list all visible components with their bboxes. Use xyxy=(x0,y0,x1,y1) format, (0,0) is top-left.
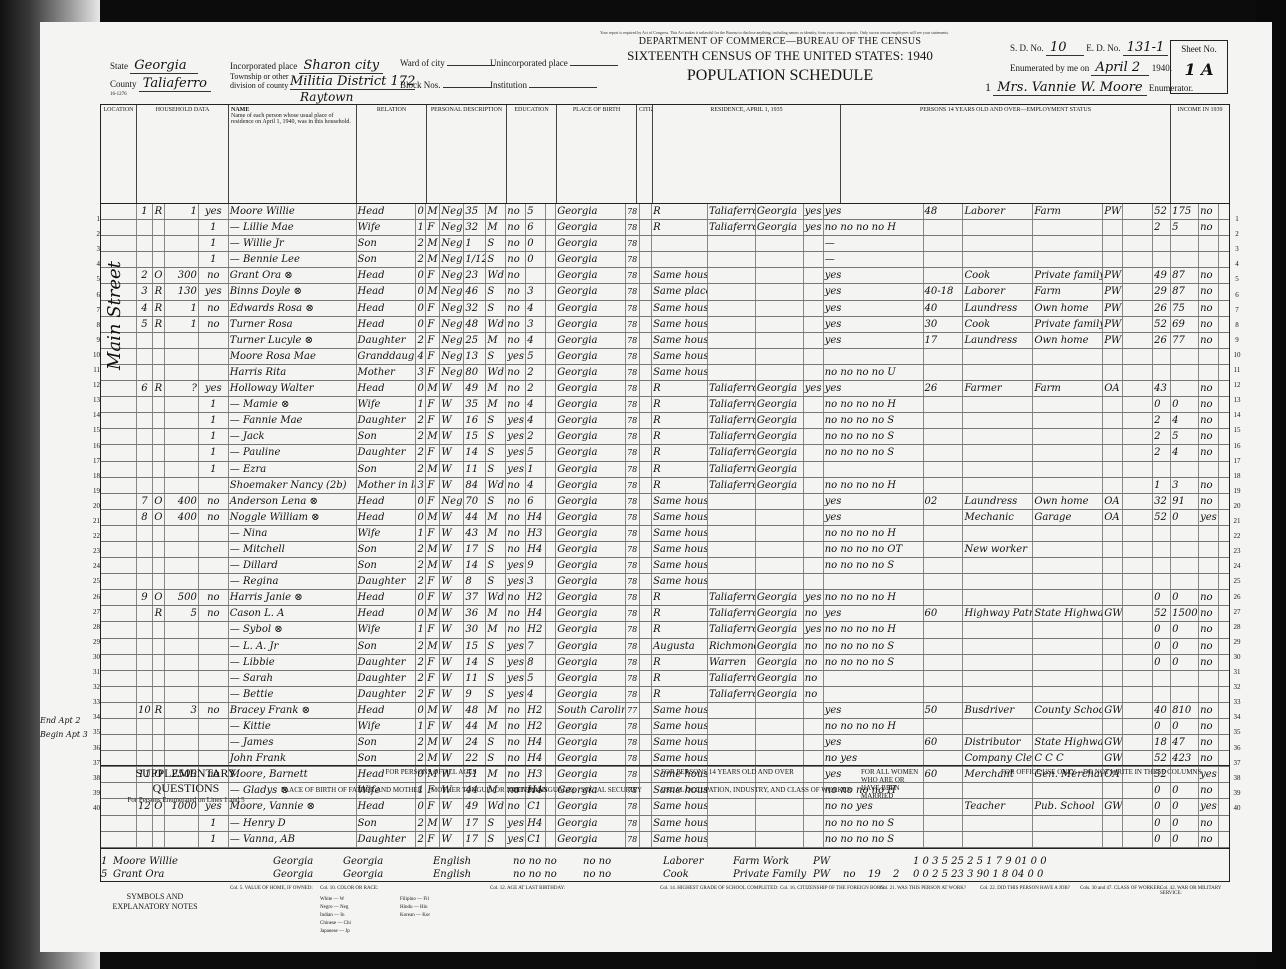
cell-farm-schedule xyxy=(1219,735,1229,750)
cell-b xyxy=(546,429,556,444)
cell-race: Neg xyxy=(440,494,464,509)
cell-employment: yes xyxy=(824,494,924,509)
cell-other-income: no xyxy=(1199,719,1219,734)
cell-value: 1 xyxy=(165,204,199,219)
cell-name: — James xyxy=(229,735,357,750)
cell-farm xyxy=(199,671,229,686)
cell-school: yes xyxy=(506,429,526,444)
cell-grade: 2 xyxy=(526,365,546,380)
cell-other-income: no xyxy=(1199,397,1219,412)
cell-citizenship xyxy=(640,317,652,332)
cell-b xyxy=(546,349,556,364)
cell-other-income: no xyxy=(1199,284,1219,299)
cell-birth-code: 78 xyxy=(626,622,640,637)
line-number: 16 xyxy=(88,442,100,450)
cell-name: — Bennie Lee xyxy=(229,252,357,267)
cell-weeks xyxy=(1153,252,1171,267)
line-number: 5 xyxy=(88,275,100,283)
cell-sex: M xyxy=(426,236,440,251)
cell-farm-schedule xyxy=(1219,381,1229,396)
cell-age: 15 xyxy=(464,639,486,654)
cell-farm-schedule xyxy=(1219,703,1229,718)
cell-name: — Mitchell xyxy=(229,542,357,557)
persons14-heading: FOR PERSONS 14 YEARS OLD AND OVER xyxy=(661,768,794,776)
cell-name: Moore Rosa Mae xyxy=(229,349,357,364)
cell-race: Neg xyxy=(440,220,464,235)
cell-hours xyxy=(924,558,964,573)
title-block: DEPARTMENT OF COMMERCE—BUREAU OF THE CEN… xyxy=(600,36,960,85)
cell-race: Neg xyxy=(440,301,464,316)
cell-owned: R xyxy=(153,381,165,396)
cell-birthplace: Georgia xyxy=(556,236,626,251)
cell-res-city: Same place xyxy=(652,284,708,299)
cell-res-farm xyxy=(804,333,824,348)
cell-marital: Wd xyxy=(486,365,506,380)
cell-res-state: Georgia xyxy=(756,590,804,605)
cell-industry xyxy=(1033,445,1103,460)
table-row: 1 — Pauline Daughter 2 F W 14 S yes 5 Ge… xyxy=(101,445,1229,461)
cell-owned xyxy=(153,365,165,380)
cell-citizenship xyxy=(640,333,652,348)
line-number-right: 3 xyxy=(1230,245,1244,253)
cell-class: GW xyxy=(1103,606,1123,621)
cell-owned: R xyxy=(153,284,165,299)
supp-line: 1 xyxy=(101,856,113,868)
confidentiality-notice: Your report is required by Act of Congre… xyxy=(600,30,1160,35)
cell-birthplace: Georgia xyxy=(556,333,626,348)
cell-marital: S xyxy=(486,542,506,557)
cell-value xyxy=(165,349,199,364)
cell-farm xyxy=(199,365,229,380)
line-number: 38 xyxy=(88,774,100,782)
cell-owned: O xyxy=(153,268,165,283)
cell-hours xyxy=(924,397,964,412)
cell-birth-code: 77 xyxy=(626,703,640,718)
cell-farm: yes xyxy=(199,204,229,219)
cell-industry xyxy=(1033,252,1103,267)
cell-marital: S xyxy=(486,445,506,460)
cell-rel-code: 3 xyxy=(416,478,426,493)
cell-employment: — xyxy=(824,236,924,251)
sheet-number-box: Sheet No. 1 A xyxy=(1170,40,1228,94)
cell-class xyxy=(1103,462,1123,477)
cell-other-income xyxy=(1199,687,1219,702)
margin-note-begin: Begin Apt 3 xyxy=(40,730,88,739)
cell-birth-code: 78 xyxy=(626,284,640,299)
cell-school: yes xyxy=(506,445,526,460)
cell-res-farm xyxy=(804,284,824,299)
cell-res-farm xyxy=(804,735,824,750)
cell-weeks xyxy=(1153,236,1171,251)
table-row: 1 — Lillie Mae Wife 1 F Neg 32 M no 6 Ge… xyxy=(101,220,1229,236)
table-row: Harris Rita Mother 3 F Neg 80 Wd no 2 Ge… xyxy=(101,365,1229,381)
cell-res-city: R xyxy=(652,606,708,621)
header-employment-status: PERSONS 14 YEARS OLD AND OVER—EMPLOYMENT… xyxy=(841,105,1171,203)
cell-race: W xyxy=(440,671,464,686)
cell-wages: 4 xyxy=(1171,413,1199,428)
line-number-right: 5 xyxy=(1230,275,1244,283)
cell-sex: M xyxy=(426,639,440,654)
cell-hours xyxy=(924,526,964,541)
cell-name: — Willie Jr xyxy=(229,236,357,251)
cell-sex: F xyxy=(426,365,440,380)
cell-employment: yes xyxy=(824,317,924,332)
cell-res-state: Georgia xyxy=(756,639,804,654)
table-row: Moore Rosa Mae Granddaughter 4 F Neg 13 … xyxy=(101,349,1229,365)
cell-school: no xyxy=(506,397,526,412)
cell-birthplace: Georgia xyxy=(556,478,626,493)
cell-age: 9 xyxy=(464,687,486,702)
cell-hours xyxy=(924,719,964,734)
cell-race: W xyxy=(440,526,464,541)
cell-farm: 1 xyxy=(199,429,229,444)
cell-age: 24 xyxy=(464,735,486,750)
cell-owned xyxy=(153,671,165,686)
cell-class: PW xyxy=(1103,333,1123,348)
cell-relation: Son xyxy=(357,639,417,654)
cell-farm: 1 xyxy=(199,236,229,251)
cell-hours xyxy=(924,445,964,460)
cell-name: — Bettie xyxy=(229,687,357,702)
cell-dwelling xyxy=(137,413,153,428)
cell-res-city: Same house xyxy=(652,558,708,573)
cell-location xyxy=(101,574,137,589)
cell-hours xyxy=(924,655,964,670)
cell-grade: 5 xyxy=(526,204,546,219)
line-number-right: 34 xyxy=(1230,713,1244,721)
cell-sex: M xyxy=(426,558,440,573)
line-number-right: 7 xyxy=(1230,306,1244,314)
cell-marital: S xyxy=(486,558,506,573)
cell-age: 44 xyxy=(464,510,486,525)
line-number: 8 xyxy=(88,321,100,329)
table-row: 10 R 3 no Bracey Frank ⊗ Head 0 M W 48 M… xyxy=(101,703,1229,719)
cell-school: no xyxy=(506,268,526,283)
cell-marital: Wd xyxy=(486,478,506,493)
cell-age: 84 xyxy=(464,478,486,493)
cell-owned: R xyxy=(153,606,165,621)
cell-res-city: R xyxy=(652,590,708,605)
cell-occupation xyxy=(963,236,1033,251)
cell-res-farm: no xyxy=(804,655,824,670)
cell-farm xyxy=(199,558,229,573)
cell-hours: 40-18 xyxy=(924,284,964,299)
cell-rel-code: 0 xyxy=(416,494,426,509)
cell-class xyxy=(1103,671,1123,686)
cell-school: no xyxy=(506,494,526,509)
cell-owned xyxy=(153,252,165,267)
cell-sex: F xyxy=(426,478,440,493)
cell-citizenship xyxy=(640,301,652,316)
cell-other-income: no xyxy=(1199,622,1219,637)
cell-hours xyxy=(924,413,964,428)
line-number-right: 14 xyxy=(1230,411,1244,419)
cell-school: no xyxy=(506,301,526,316)
cell-value xyxy=(165,671,199,686)
cell-birthplace: Georgia xyxy=(556,510,626,525)
cell-grade: H4 xyxy=(526,542,546,557)
cell-farm xyxy=(199,639,229,654)
cell-race: W xyxy=(440,478,464,493)
cell-weeks xyxy=(1153,687,1171,702)
cell-relation: Son xyxy=(357,252,417,267)
cell-hours xyxy=(924,590,964,605)
sheet-label: Sheet No. xyxy=(1171,44,1227,54)
line-number-right: 28 xyxy=(1230,623,1244,631)
cell-relation: Daughter xyxy=(357,671,417,686)
line-number: 20 xyxy=(88,502,100,510)
cell-race: Neg xyxy=(440,252,464,267)
cell-employment: yes xyxy=(824,284,924,299)
table-row: 1 — Fannie Mae Daughter 2 F W 16 S yes 4… xyxy=(101,413,1229,429)
cell-res-city: Same house xyxy=(652,349,708,364)
cell-rel-code: 2 xyxy=(416,574,426,589)
cell-birthplace: Georgia xyxy=(556,622,626,637)
cell-age: 32 xyxy=(464,301,486,316)
cell-occupation: Cook xyxy=(963,317,1033,332)
cell-code-f xyxy=(1123,478,1153,493)
cell-wages: 3 xyxy=(1171,478,1199,493)
supp-line: 5 xyxy=(101,869,113,881)
cell-industry xyxy=(1033,413,1103,428)
explanatory-notes: SYMBOLS AND EXPLANATORY NOTES Col. 5. VA… xyxy=(100,882,1228,942)
table-row: 1 — Jack Son 2 M W 15 S yes 2 Georgia 78… xyxy=(101,429,1229,445)
cell-value: ? xyxy=(165,381,199,396)
cell-birth-code: 78 xyxy=(626,526,640,541)
cell-industry xyxy=(1033,687,1103,702)
cell-rel-code: 0 xyxy=(416,381,426,396)
cell-res-farm xyxy=(804,558,824,573)
table-row: 1 R 1 yes Moore Willie Head 0 M Neg 35 M… xyxy=(101,204,1229,220)
cell-sex: F xyxy=(426,671,440,686)
cell-employment: yes xyxy=(824,333,924,348)
cell-age: 1 xyxy=(464,236,486,251)
cell-school: no xyxy=(506,236,526,251)
cell-res-farm: yes xyxy=(804,220,824,235)
cell-location xyxy=(101,494,137,509)
cell-code-f xyxy=(1123,542,1153,557)
cell-occupation xyxy=(963,478,1033,493)
cell-citizenship xyxy=(640,445,652,460)
cell-location xyxy=(101,236,137,251)
cell-relation: Granddaughter xyxy=(357,349,417,364)
cell-wages: 87 xyxy=(1171,284,1199,299)
census-title: SIXTEENTH CENSUS OF THE UNITED STATES: 1… xyxy=(600,48,960,64)
cell-res-county xyxy=(708,735,756,750)
cell-value: 1 xyxy=(165,317,199,332)
cell-citizenship xyxy=(640,671,652,686)
cell-employment: yes xyxy=(824,606,924,621)
cell-birthplace: Georgia xyxy=(556,719,626,734)
cell-sex: F xyxy=(426,655,440,670)
supp-social-security: no no xyxy=(583,856,663,868)
cell-location xyxy=(101,622,137,637)
cell-occupation xyxy=(963,365,1033,380)
header-residence-1935: RESIDENCE, APRIL 1, 1935 xyxy=(653,105,841,203)
cell-code-f xyxy=(1123,413,1153,428)
cell-value xyxy=(165,639,199,654)
cell-b xyxy=(546,606,556,621)
county-value: Taliaferro xyxy=(139,76,211,92)
cell-sex: F xyxy=(426,590,440,605)
cell-birth-code: 78 xyxy=(626,558,640,573)
cell-relation: Head xyxy=(357,590,417,605)
cell-occupation xyxy=(963,671,1033,686)
cell-rel-code: 2 xyxy=(416,558,426,573)
cell-other-income: no xyxy=(1199,413,1219,428)
township-value: Militia District 172 xyxy=(290,74,415,90)
cell-birth-code: 78 xyxy=(626,381,640,396)
table-body: 1 R 1 yes Moore Willie Head 0 M Neg 35 M… xyxy=(101,204,1229,848)
cell-class xyxy=(1103,478,1123,493)
cell-b xyxy=(546,510,556,525)
cell-res-city: R xyxy=(652,429,708,444)
cell-relation: Daughter xyxy=(357,574,417,589)
cell-res-county: Taliaferro xyxy=(708,606,756,621)
cell-hours xyxy=(924,349,964,364)
cell-farm: 1 xyxy=(199,220,229,235)
cell-employment: no no no no S xyxy=(824,655,924,670)
cell-owned: O xyxy=(153,590,165,605)
cell-birth-code: 78 xyxy=(626,606,640,621)
cell-wages xyxy=(1171,687,1199,702)
cell-owned xyxy=(153,236,165,251)
cell-location xyxy=(101,671,137,686)
cell-marital: M xyxy=(486,220,506,235)
cell-res-county: Taliaferro xyxy=(708,204,756,219)
cell-school: no xyxy=(506,381,526,396)
cell-res-state xyxy=(756,574,804,589)
cell-location xyxy=(101,687,137,702)
cell-location xyxy=(101,542,137,557)
cell-birthplace: Georgia xyxy=(556,462,626,477)
cell-other-income xyxy=(1199,365,1219,380)
cell-value xyxy=(165,622,199,637)
cell-grade: 3 xyxy=(526,284,546,299)
supplementary-section: SUPPLEMENTARY QUESTIONS For Persons Enum… xyxy=(100,765,1230,882)
cell-grade: 4 xyxy=(526,301,546,316)
cell-class xyxy=(1103,413,1123,428)
line-number: 23 xyxy=(88,547,100,555)
cell-other-income: no xyxy=(1199,381,1219,396)
cell-industry xyxy=(1033,220,1103,235)
cell-school: yes xyxy=(506,574,526,589)
cell-farm-schedule xyxy=(1219,606,1229,621)
cell-industry xyxy=(1033,397,1103,412)
cell-res-state: Georgia xyxy=(756,397,804,412)
cell-age: 14 xyxy=(464,655,486,670)
supp-women xyxy=(843,856,913,868)
cell-grade: 2 xyxy=(526,429,546,444)
cell-employment: no no no no H xyxy=(824,590,924,605)
cell-birthplace: Georgia xyxy=(556,606,626,621)
supp-office: 0 0 2 5 23 3 90 1 8 04 0 0 xyxy=(913,869,1213,881)
cell-farm: no xyxy=(199,301,229,316)
cell-citizenship xyxy=(640,429,652,444)
cell-wages xyxy=(1171,671,1199,686)
cell-farm: 1 xyxy=(199,445,229,460)
cell-owned xyxy=(153,639,165,654)
cell-employment: no no no no H xyxy=(824,397,924,412)
cell-dwelling xyxy=(137,622,153,637)
cell-b xyxy=(546,365,556,380)
supp-occupation: Laborer xyxy=(663,856,733,868)
cell-birth-code: 78 xyxy=(626,639,640,654)
cell-farm-schedule xyxy=(1219,413,1229,428)
cell-name: Holloway Walter xyxy=(229,381,357,396)
cell-birth-code: 78 xyxy=(626,510,640,525)
cell-weeks: 0 xyxy=(1153,719,1171,734)
state-value: Georgia xyxy=(130,58,198,74)
supp-class: PW xyxy=(813,856,843,868)
cell-wages xyxy=(1171,558,1199,573)
cell-owned xyxy=(153,349,165,364)
cell-weeks: 0 xyxy=(1153,590,1171,605)
cell-citizenship xyxy=(640,204,652,219)
cell-industry xyxy=(1033,349,1103,364)
cell-name: — Mamie ⊗ xyxy=(229,397,357,412)
note-col5: Col. 5. VALUE OF HOME, IF OWNED: xyxy=(230,886,313,891)
cell-birth-code: 78 xyxy=(626,445,640,460)
table-row: 9 O 500 no Harris Janie ⊗ Head 0 F W 37 … xyxy=(101,590,1229,606)
cell-other-income: no xyxy=(1199,606,1219,621)
line-number: 39 xyxy=(88,789,100,797)
cell-farm-schedule xyxy=(1219,655,1229,670)
cell-b xyxy=(546,333,556,348)
cell-grade: H2 xyxy=(526,719,546,734)
cell-rel-code: 2 xyxy=(416,429,426,444)
cell-value xyxy=(165,462,199,477)
cell-occupation xyxy=(963,526,1033,541)
cell-res-farm: yes xyxy=(804,381,824,396)
cell-hours xyxy=(924,220,964,235)
county-field: County Taliaferro xyxy=(110,76,211,92)
cell-age: 80 xyxy=(464,365,486,380)
cell-weeks: 1 xyxy=(1153,478,1171,493)
line-number: 35 xyxy=(88,728,100,736)
cell-res-city: Same house xyxy=(652,365,708,380)
cell-rel-code: 0 xyxy=(416,204,426,219)
cell-b xyxy=(546,558,556,573)
cell-grade: H4 xyxy=(526,606,546,621)
cell-value xyxy=(165,220,199,235)
header-name-instructions: Name of each person whose usual place of… xyxy=(231,113,351,125)
cell-marital: M xyxy=(486,381,506,396)
cell-race: W xyxy=(440,719,464,734)
cell-industry: Own home xyxy=(1033,301,1103,316)
line-number-right: 18 xyxy=(1230,472,1244,480)
cell-employment: no no no no S xyxy=(824,445,924,460)
cell-school: no xyxy=(506,735,526,750)
cell-res-county xyxy=(708,349,756,364)
cell-industry xyxy=(1033,558,1103,573)
cell-code-f xyxy=(1123,204,1153,219)
cell-res-farm xyxy=(804,429,824,444)
cell-value: 1 xyxy=(165,301,199,316)
line-number: 37 xyxy=(88,759,100,767)
cell-sex: F xyxy=(426,574,440,589)
cell-wages xyxy=(1171,381,1199,396)
cell-occupation: Highway Patr. xyxy=(963,606,1033,621)
cell-grade: H4 xyxy=(526,510,546,525)
line-number-right: 11 xyxy=(1230,366,1244,374)
cell-occupation xyxy=(963,445,1033,460)
cell-hours xyxy=(924,478,964,493)
cell-school: no xyxy=(506,542,526,557)
cell-hours xyxy=(924,429,964,444)
cell-industry: Own home xyxy=(1033,333,1103,348)
cell-weeks: 52 xyxy=(1153,204,1171,219)
